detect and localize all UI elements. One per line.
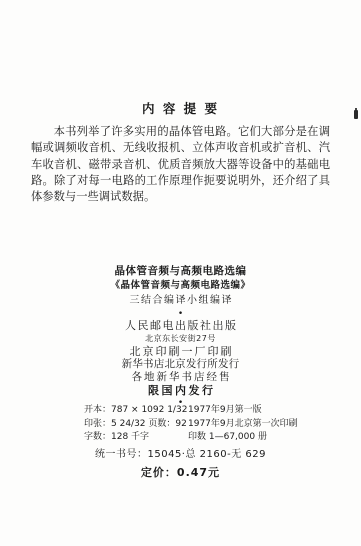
publisher-address: 北京东长安街27号 (0, 334, 361, 344)
colophon-section: 晶体管音频与高频电路选编 《晶体管音频与高频电路选编》 三结合编译小组编译 • … (0, 258, 361, 408)
pubdata-row-format: 开本：787 × 1092 1/32 1977年9月第一版 (84, 404, 361, 418)
print-run: 印数 1—67,000 册 (188, 431, 267, 445)
seller-line: 各地新华书店经售 (0, 371, 361, 384)
book-copyright-page: 内 容 提 要 本书列举了许多实用的晶体管电路。它们大部分是在调幅或调频收音机、… (0, 0, 361, 546)
publication-data-table: 开本：787 × 1092 1/32 1977年9月第一版 印张：5 24/32… (84, 402, 361, 445)
pubdata-row-wordcount: 字数：128 千字 印数 1—67,000 册 (84, 431, 361, 445)
price-line: 定价：0.47元 (0, 465, 361, 480)
book-title: 晶体管音频与高频电路选编 (0, 264, 361, 278)
summary-heading: 内 容 提 要 (31, 99, 330, 117)
printer-line: 北京印刷一厂印刷 (0, 345, 361, 358)
content-summary-section: 内 容 提 要 本书列举了许多实用的晶体管电路。它们大部分是在调幅或调频收音机、… (31, 99, 330, 205)
word-count: 字数：128 千字 (84, 431, 188, 445)
summary-paragraph: 本书列举了许多实用的晶体管电路。它们大部分是在调幅或调频收音机、无线收报机、立体… (31, 124, 330, 205)
publication-data-section: 开本：787 × 1092 1/32 1977年9月第一版 印张：5 24/32… (0, 402, 361, 480)
unified-book-number: 统一书号：15045·总 2160-无 629 (0, 448, 361, 462)
book-title-quoted: 《晶体管音频与高频电路选编》 (0, 279, 361, 293)
editor-line: 三结合编译小组编译 (0, 294, 361, 307)
format-spec: 开本：787 × 1092 1/32 (84, 404, 188, 418)
first-printing: 1977年9月北京第一次印刷 (188, 418, 298, 432)
pubdata-row-sheets: 印张：5 24/32 页数：92 1977年9月北京第一次印刷 (84, 418, 361, 432)
stray-ink-mark (354, 110, 358, 119)
first-edition: 1977年9月第一版 (188, 404, 262, 418)
publisher-line: 人民邮电出版社出版 (0, 319, 361, 332)
distribution-restriction: 限国内发行 (0, 384, 361, 397)
sheets-pages: 印张：5 24/32 页数：92 (84, 418, 188, 432)
distributor-line: 新华书店北京发行所发行 (0, 358, 361, 371)
separator-dot: • (0, 310, 361, 319)
